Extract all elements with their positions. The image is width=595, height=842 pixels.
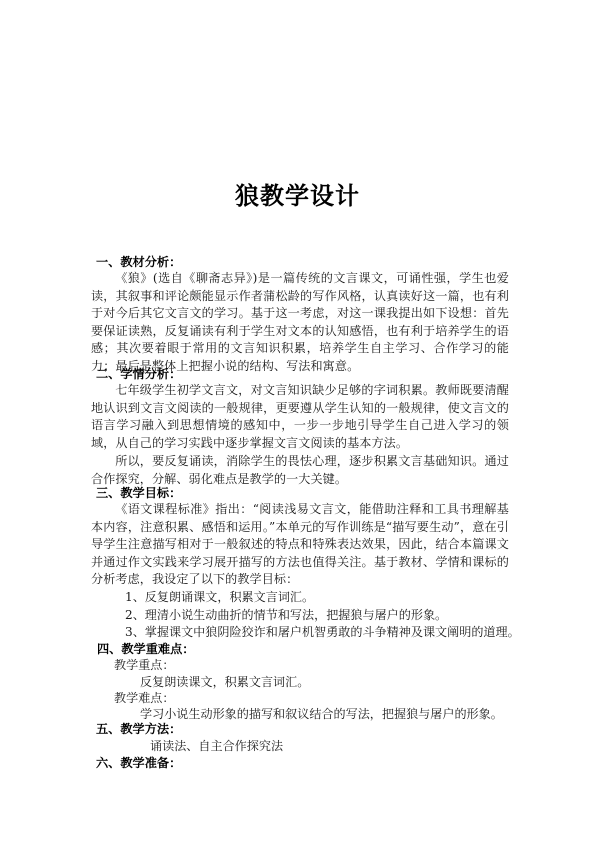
- key-point-text: 反复朗读课文，积累文言词汇。: [140, 674, 309, 691]
- methods-text: 诵读法、自主合作探究法: [150, 738, 283, 755]
- goal-item: 3、掌握课文中狼阴险狡诈和屠户机智勇敢的斗争精神及课文阐明的道理。: [125, 624, 520, 641]
- difficulty-text: 学习小说生动形象的描写和叙议结合的写法，把握狼与屠户的形象。: [140, 706, 503, 723]
- section-heading-methods: 五、教学方法：: [96, 721, 181, 738]
- document-page: 狼教学设计 一、教材分析： 《狼》(选自《聊斋志异》)是一篇传统的文言课文，可诵…: [0, 0, 595, 842]
- document-title: 狼教学设计: [0, 176, 595, 211]
- key-point-label: 教学重点：: [114, 657, 174, 674]
- section-heading-materials: 一、教材分析：: [96, 254, 181, 271]
- section-heading-key-points: 四、教学重难点：: [97, 641, 195, 658]
- section-paragraph: 七年级学生初学文言文，对文言知识缺少足够的字词积累。教师既要清醒地认识到文言文阅…: [91, 382, 509, 452]
- goal-item: 1、反复朗诵课文，积累文言词汇。: [125, 589, 314, 606]
- goal-item: 2、理清小说生动曲折的情节和写法，把握狼与屠户的形象。: [125, 607, 447, 624]
- section-paragraph: 《语文课程标准》指出：“阅读浅易文言文，能借助注释和工具书理解基本内容，注意积累…: [91, 501, 509, 589]
- section-paragraph: 《狼》(选自《聊斋志异》)是一篇传统的文言课文，可诵性强，学生也爱读，其叙事和评…: [91, 270, 509, 376]
- section-heading-students: 二、学情分析：: [96, 366, 181, 383]
- section-heading-goals: 三、教学目标：: [96, 485, 181, 502]
- section-heading-preparation: 六、教学准备：: [96, 755, 181, 772]
- section-paragraph: 所以，要反复诵读，消除学生的畏怯心理，逐步积累文言基础知识。通过合作探究，分解、…: [91, 453, 509, 488]
- difficulty-label: 教学难点：: [114, 690, 174, 707]
